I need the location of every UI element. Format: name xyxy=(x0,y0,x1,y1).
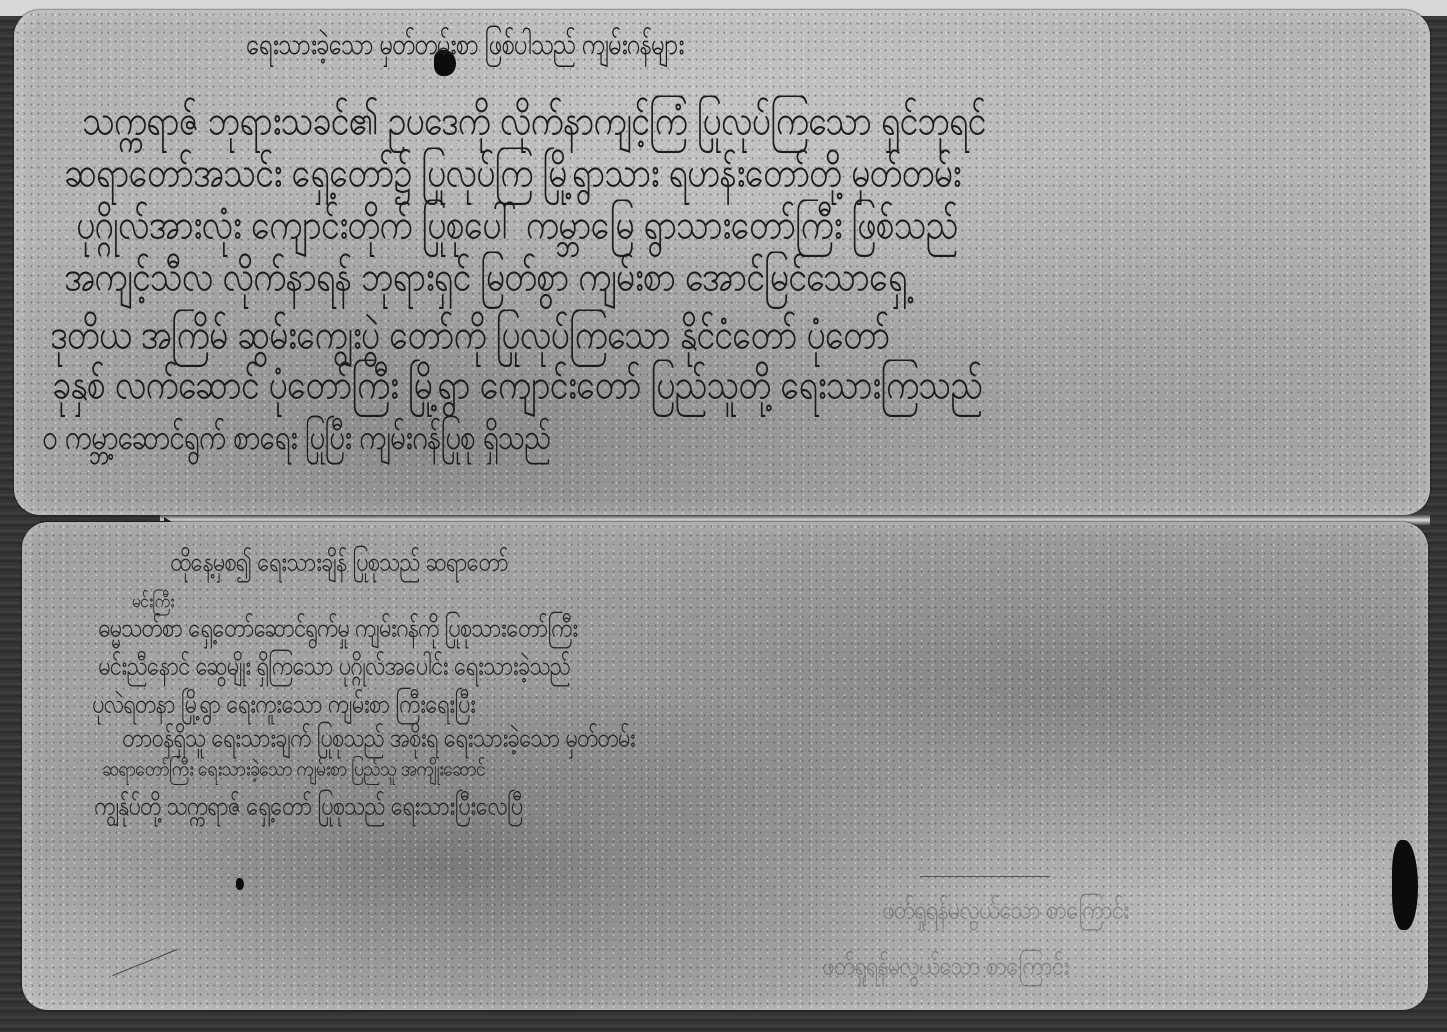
manuscript-line: ခုနှစ် လက်ဆောင် ပုံတော်ကြီး မြို့ရွာ ကျေ… xyxy=(52,356,982,420)
faint-ruled-line xyxy=(920,876,1050,877)
manuscript-line: အကျင့်သီလ လိုက်နာရန် ဘုရားရှင် မြတ်စွာ က… xyxy=(64,248,907,312)
manuscript-line: ကျွန်ုပ်တို့ သက္ကရာဇ် ရှေ့တော် ပြုစုသည် … xyxy=(94,788,522,828)
manuscript-line: ၀ ကမ္ဘာ့ဆောင်ရွက် စာရေး ပြုပြီး ကျမ်းဂန်… xyxy=(42,414,550,467)
manuscript-line: မင်းညီနောင် ဆွေမျိုး ရှိကြသော ပုဂ္ဂိုလ်အ… xyxy=(98,648,570,688)
manuscript-line-faded: ဖတ်ရှုရန်မလွယ်သော စာကြောင်း xyxy=(882,892,1128,932)
manuscript-line: ရေးသားခဲ့သော မှတ်တမ်းစာ ဖြစ်ပါသည် ကျမ်းဂ… xyxy=(246,24,683,69)
manuscript-line: ဆရာတော်ကြီး ရေးသားခဲ့သော ကျမ်းစာ ပြည်သူ … xyxy=(102,754,485,786)
ink-stain xyxy=(1392,840,1418,930)
manuscript-line-faded: ဖတ်ရှုရန်မလွယ်သော စာကြောင်း xyxy=(822,948,1068,988)
manuscript-top-panel: ရေးသားခဲ့သော မှတ်တမ်းစာ ဖြစ်ပါသည် ကျမ်းဂ… xyxy=(14,10,1430,515)
ink-mark xyxy=(236,878,244,890)
manuscript-line: ထိုနေ့မှစ၍ ရေးသားချိန် ပြုစုသည် ဆရာတော် xyxy=(170,544,508,584)
manuscript-bottom-panel: ထိုနေ့မှစ၍ ရေးသားချိန် ပြုစုသည် ဆရာတော် … xyxy=(22,522,1428,1010)
manuscript-line: ဓမ္မသတ်စာ ရှေ့တော်ဆောင်ရွက်မှု ကျမ်းဂန်က… xyxy=(98,610,577,650)
